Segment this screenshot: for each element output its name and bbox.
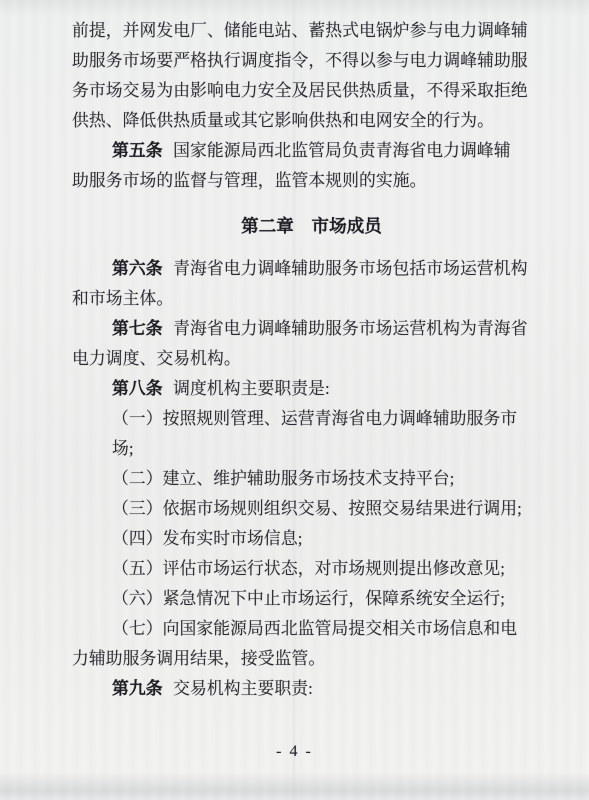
- text-line: 第五条国家能源局西北监管局负责青海省电力调峰辅: [72, 136, 551, 166]
- text-line: （三）依据市场规则组织交易、按照交易结果进行调用;: [72, 494, 551, 524]
- text-line: 助服务市场的监督与管理，监管本规则的实施。: [72, 166, 551, 196]
- text-line: 供热、降低供热质量或其它影响供热和电网安全的行为。: [72, 106, 551, 136]
- text-line: 和市场主体。: [72, 284, 551, 314]
- article-number: 第八条: [112, 379, 163, 398]
- article-number: 第五条: [112, 141, 163, 160]
- text-line: （二）建立、维护辅助服务市场技术支持平台;: [72, 464, 551, 494]
- text-line: （四）发布实时市场信息;: [72, 524, 551, 554]
- text-line: 场;: [72, 434, 551, 464]
- text-line: 前提，并网发电厂、储能电站、蓄热式电锅炉参与电力调峰辅: [72, 16, 551, 46]
- page-number: - 4 -: [0, 743, 589, 761]
- chapter-heading: 第二章 市场成员: [72, 211, 551, 241]
- text-line: （六）紧急情况下中止市场运行，保障系统安全运行;: [72, 584, 551, 614]
- text-line: （七）向国家能源局西北监管局提交相关市场信息和电: [72, 614, 551, 644]
- text-line: （五）评估市场运行状态，对市场规则提出修改意见;: [72, 554, 551, 584]
- text-line: 第六条青海省电力调峰辅助服务市场包括市场运营机构: [72, 254, 551, 284]
- text-line: （一）按照规则管理、运营青海省电力调峰辅助服务市: [72, 404, 551, 434]
- text-line: 助服务市场要严格执行调度指令，不得以参与电力调峰辅助服: [72, 46, 551, 76]
- text-line: 电力调度、交易机构。: [72, 344, 551, 374]
- text-line: 第九条交易机构主要职责:: [72, 674, 551, 704]
- text-line: 力辅助服务调用结果，接受监管。: [72, 644, 551, 674]
- text-line: 第七条青海省电力调峰辅助服务市场运营机构为青海省: [72, 314, 551, 344]
- document-page: 前提，并网发电厂、储能电站、蓄热式电锅炉参与电力调峰辅助服务市场要严格执行调度指…: [0, 0, 589, 800]
- text-line: 第八条调度机构主要职责是:: [72, 374, 551, 404]
- text-line: 务市场交易为由影响电力安全及居民供热质量，不得采取拒绝: [72, 76, 551, 106]
- document-body: 前提，并网发电厂、储能电站、蓄热式电锅炉参与电力调峰辅助服务市场要严格执行调度指…: [72, 16, 551, 704]
- article-number: 第七条: [112, 319, 163, 338]
- article-number: 第六条: [112, 259, 163, 278]
- article-number: 第九条: [112, 679, 163, 698]
